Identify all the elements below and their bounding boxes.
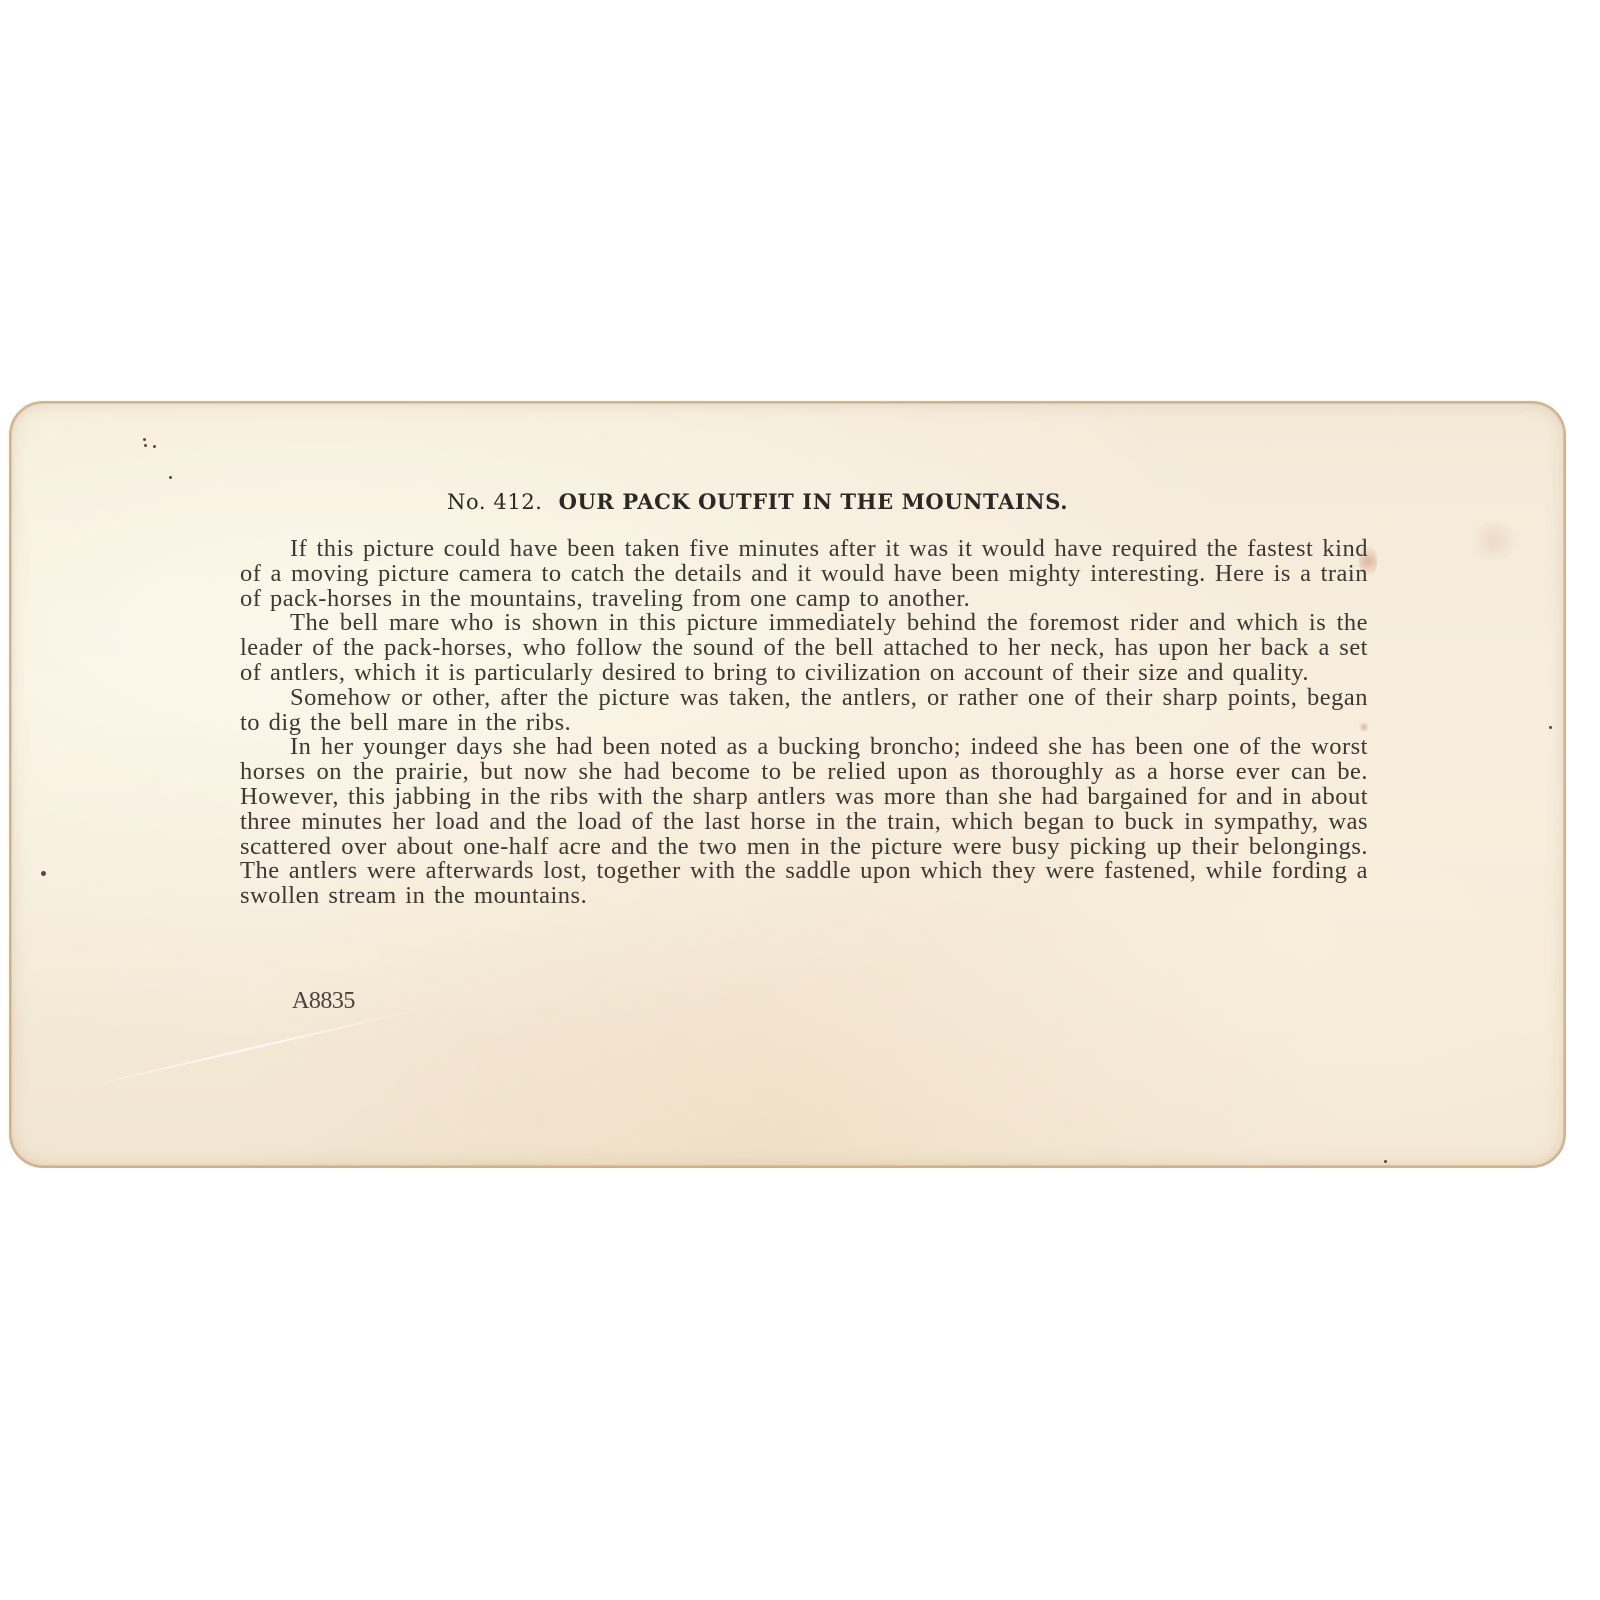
card-title: No. 412.OUR PACK OUTFIT IN THE MOUNTAINS… — [447, 489, 1068, 514]
speck — [169, 476, 172, 479]
catalog-code: A8835 — [292, 988, 355, 1015]
stain-mark — [1469, 521, 1519, 561]
speck — [41, 871, 46, 876]
speck — [1549, 726, 1552, 729]
card-description: If this picture could have been taken fi… — [240, 537, 1368, 909]
paragraph: In her younger days she had been noted a… — [240, 735, 1368, 909]
paragraph: The bell mare who is shown in this pictu… — [240, 611, 1368, 685]
card-heading: OUR PACK OUTFIT IN THE MOUNTAINS. — [559, 489, 1069, 514]
paper-crease — [71, 1008, 422, 1091]
speck — [144, 444, 147, 447]
speck — [153, 445, 156, 448]
card-number: No. 412. — [447, 490, 543, 514]
paragraph: If this picture could have been taken fi… — [240, 537, 1368, 611]
speck — [143, 438, 146, 441]
speck — [1384, 1160, 1387, 1163]
paragraph: Somehow or other, after the picture was … — [240, 686, 1368, 736]
